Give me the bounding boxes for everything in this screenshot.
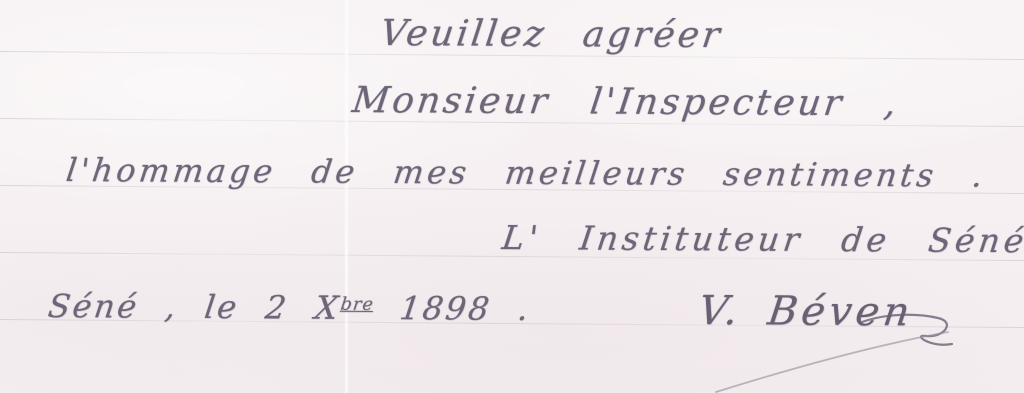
handwritten-letter-page: Veuillez agréer Monsieur l'Inspecteur , …	[0, 0, 1024, 393]
dateline-month-superscript: bre	[339, 295, 375, 315]
signature: V. Béven	[696, 288, 916, 335]
paper-crease	[344, 0, 349, 393]
dateline-place-day: Séné , le 2 X	[46, 287, 343, 327]
dateline: Séné , le 2 Xbre 1898 .	[46, 287, 533, 328]
closing-line-hommage-sentiments: l'hommage de mes meilleurs sentiments .	[64, 151, 988, 195]
dateline-year: 1898 .	[371, 289, 533, 328]
sender-title-instituteur: L' Instituteur de Séné	[500, 218, 1024, 260]
closing-line-veuillez-agreer: Veuillez agréer	[378, 13, 725, 56]
closing-line-monsieur-inspecteur: Monsieur l'Inspecteur ,	[350, 80, 902, 124]
pencil-stroke	[700, 326, 960, 393]
